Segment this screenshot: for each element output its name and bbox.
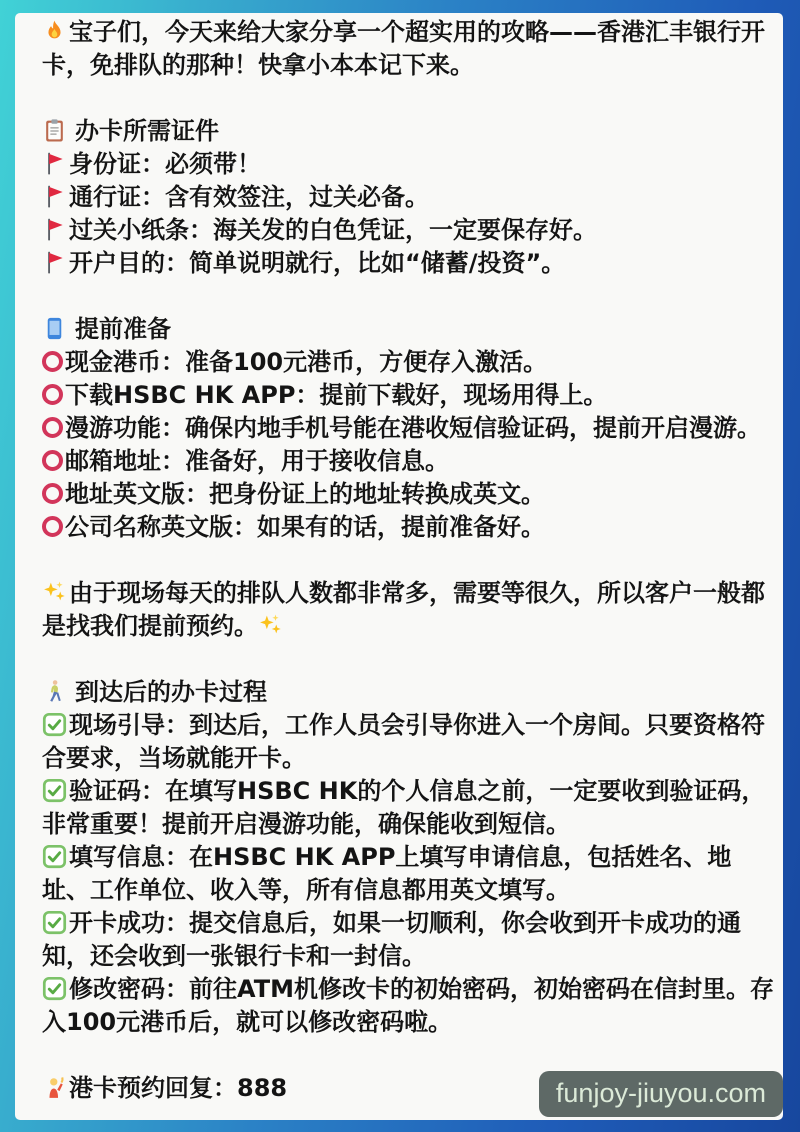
prepare-item: 下载HSBC HK APP：提前下载好，现场用得上。 [42,379,777,412]
circle-icon [42,351,63,372]
prepare-item-text: 现金港币：准备100元港币，方便存入激活。 [65,348,547,376]
note-paragraph: 由于现场每天的排队人数都非常多，需要等很久，所以客户一般都是找我们提前预约。 [42,577,777,643]
circle-icon [42,450,63,471]
prepare-item-text: 漫游功能：确保内地手机号能在港收短信验证码，提前开启漫游。 [65,414,761,442]
check-icon [42,910,67,935]
document-item-text: 过关小纸条：海关发的白色凭证，一定要保存好。 [69,216,597,244]
section-prepare-header: 提前准备 [42,313,777,346]
content-card: 宝子们，今天来给大家分享一个超实用的攻略——香港汇丰银行开卡，免排队的那种！快拿… [15,13,783,1120]
prepare-item: 地址英文版：把身份证上的地址转换成英文。 [42,478,777,511]
footer-text: 港卡预约回复：888 [69,1074,287,1102]
check-icon [42,778,67,803]
check-icon [42,844,67,869]
clipboard-icon [42,118,67,143]
process-item-text: 修改密码：前往ATM机修改卡的初始密码，初始密码在信封里。存入100元港币后，就… [42,975,774,1036]
note-text: 由于现场每天的排队人数都非常多，需要等很久，所以客户一般都是找我们提前预约。 [42,579,765,640]
watermark: funjoy-jiuyou.com [539,1071,783,1117]
prepare-item: 漫游功能：确保内地手机号能在港收短信验证码，提前开启漫游。 [42,412,777,445]
phone-icon [42,316,67,341]
flag-icon [42,151,67,176]
check-icon [42,712,67,737]
prepare-item: 现金港币：准备100元港币，方便存入激活。 [42,346,777,379]
sparkles-icon [42,580,67,605]
circle-icon [42,516,63,537]
flag-icon [42,250,67,275]
prepare-item-text: 下载HSBC HK APP：提前下载好，现场用得上。 [65,381,607,409]
raising-hand-icon [42,1075,67,1100]
circle-icon [42,384,63,405]
intro-paragraph: 宝子们，今天来给大家分享一个超实用的攻略——香港汇丰银行开卡，免排队的那种！快拿… [42,16,777,82]
intro-text: 宝子们，今天来给大家分享一个超实用的攻略——香港汇丰银行开卡，免排队的那种！快拿… [42,18,765,79]
process-item-text: 填写信息：在HSBC HK APP上填写申请信息，包括姓名、地址、工作单位、收入… [42,843,731,904]
walking-icon [42,679,67,704]
process-item: 填写信息：在HSBC HK APP上填写申请信息，包括姓名、地址、工作单位、收入… [42,841,777,907]
prepare-item: 邮箱地址：准备好，用于接收信息。 [42,445,777,478]
section-process-header: 到达后的办卡过程 [42,676,777,709]
flag-icon [42,217,67,242]
prepare-item-text: 公司名称英文版：如果有的话，提前准备好。 [65,513,545,541]
document-item-text: 身份证：必须带！ [69,150,261,178]
prepare-item: 公司名称英文版：如果有的话，提前准备好。 [42,511,777,544]
circle-icon [42,483,63,504]
process-item: 修改密码：前往ATM机修改卡的初始密码，初始密码在信封里。存入100元港币后，就… [42,973,777,1039]
section-prepare-title: 提前准备 [75,315,171,343]
process-item-text: 现场引导：到达后，工作人员会引导你进入一个房间。只要资格符合要求，当场就能开卡。 [42,711,765,772]
circle-icon [42,417,63,438]
sparkles-icon [258,613,283,638]
process-item: 验证码：在填写HSBC HK的个人信息之前，一定要收到验证码，非常重要！提前开启… [42,775,777,841]
section-process-title: 到达后的办卡过程 [75,678,267,706]
process-item-text: 验证码：在填写HSBC HK的个人信息之前，一定要收到验证码，非常重要！提前开启… [42,777,765,838]
document-item: 开户目的：简单说明就行，比如“储蓄/投资”。 [42,247,777,280]
document-item-text: 开户目的：简单说明就行，比如“储蓄/投资”。 [69,249,565,277]
poster-background: 宝子们，今天来给大家分享一个超实用的攻略——香港汇丰银行开卡，免排队的那种！快拿… [0,0,800,1132]
prepare-item-text: 地址英文版：把身份证上的地址转换成英文。 [65,480,545,508]
check-icon [42,976,67,1001]
section-documents-title: 办卡所需证件 [75,117,219,145]
document-item: 通行证：含有效签注，过关必备。 [42,181,777,214]
prepare-item-text: 邮箱地址：准备好，用于接收信息。 [65,447,449,475]
flag-icon [42,184,67,209]
document-item: 过关小纸条：海关发的白色凭证，一定要保存好。 [42,214,777,247]
process-item: 开卡成功：提交信息后，如果一切顺利，你会收到开卡成功的通知，还会收到一张银行卡和… [42,907,777,973]
document-item: 身份证：必须带！ [42,148,777,181]
document-item-text: 通行证：含有效签注，过关必备。 [69,183,429,211]
section-documents-header: 办卡所需证件 [42,115,777,148]
process-item-text: 开卡成功：提交信息后，如果一切顺利，你会收到开卡成功的通知，还会收到一张银行卡和… [42,909,741,970]
fire-icon [42,19,67,44]
process-item: 现场引导：到达后，工作人员会引导你进入一个房间。只要资格符合要求，当场就能开卡。 [42,709,777,775]
